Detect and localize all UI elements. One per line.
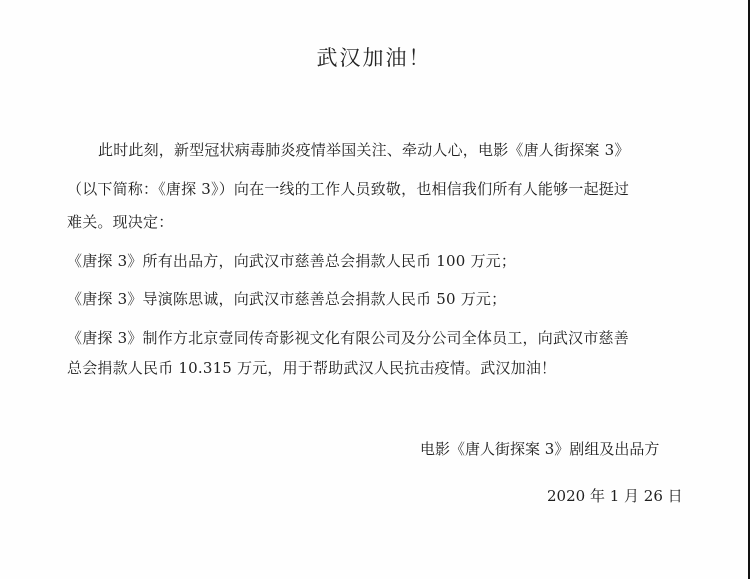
donation-item-staff-line-1: 《唐探 3》制作方北京壹同传奇影视文化有限公司及分公司全体员工，向武汉市慈善	[67, 327, 629, 348]
intro-line-3: 难关。现决定：	[67, 211, 173, 232]
date: 2020 年 1 月 26 日	[547, 485, 683, 506]
intro-line-1: 此时此刻，新型冠状病毒肺炎疫情举国关注、牵动人心，电影《唐人街探案 3》	[98, 139, 630, 160]
document-title: 武汉加油！	[0, 42, 748, 72]
donation-item-staff-line-2: 总会捐款人民币 10.315 万元，用于帮助武汉人民抗击疫情。武汉加油！	[67, 357, 556, 378]
donation-item-investors: 《唐探 3》所有出品方，向武汉市慈善总会捐款人民币 100 万元；	[67, 250, 516, 271]
donation-item-director: 《唐探 3》导演陈思诚，向武汉市慈善总会捐款人民币 50 万元；	[67, 288, 506, 309]
document-page: 武汉加油！ 此时此刻，新型冠状病毒肺炎疫情举国关注、牵动人心，电影《唐人街探案 …	[0, 0, 750, 579]
signature: 电影《唐人街探案 3》剧组及出品方	[420, 438, 659, 459]
intro-line-2: （以下简称：《唐探 3》）向在一线的工作人员致敬，也相信我们所有人能够一起挺过	[67, 178, 629, 199]
